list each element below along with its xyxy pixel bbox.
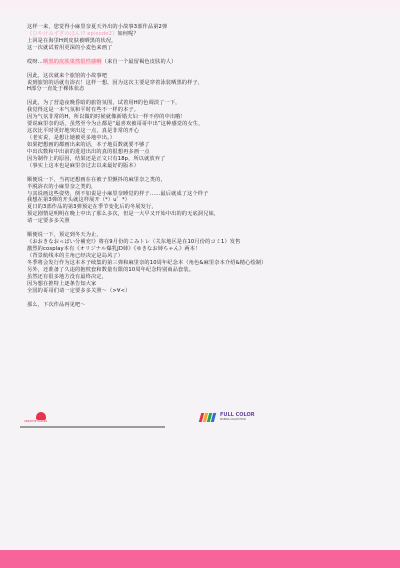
- divider: [20, 426, 165, 428]
- text-line: 哎呀…晒黑的皮肤果然很性感啊（来自一个最留褐色皮肤的人）: [27, 59, 372, 66]
- text-line: 因为想在推特上逐条告知大家: [27, 281, 372, 288]
- text-line: 预定剧情是明明在晚上中出了那么多次，但是一大早又开始中出的的无底洞兄妹，: [27, 211, 372, 218]
- line-text: 中出次数和中出前的进进出出的真的很想再多画一点: [27, 149, 150, 155]
- line-text: 哎呀…: [27, 59, 43, 65]
- line-text: （老实说，是想让她被更多地中出。）: [27, 135, 115, 141]
- line-text: 因此，为了营造夜晚昏暗的旅馆氛围，试着用H的色调淡了一下，: [27, 100, 181, 106]
- blank-line: [27, 52, 372, 59]
- line-text: （背景航线本的主角已经决定是岛风了）: [27, 253, 123, 259]
- line-text: 虽然还有很多地方没有最终决定，: [27, 274, 107, 280]
- text-line: 上回是在海里H到皮肤被晒黑的状况，: [27, 38, 372, 45]
- line-text: 这一次就试着用更深的小麦色来画了: [27, 45, 112, 51]
- text-line: 全国的哥哥们请一定要多多关照～（>∀<）: [27, 288, 372, 295]
- circle-logo-text: CREATIVE WORKS: [24, 420, 47, 423]
- line-text: 因此，这次就来个旅馆的小故事吧: [27, 73, 107, 79]
- text-line: 这一次就试着用更深的小麦色来画了: [27, 45, 372, 52]
- stripe-icon: [211, 413, 216, 422]
- line-text: 半脱浴衣的小麻里奈之类的，: [27, 184, 96, 190]
- circle-logo: CREATIVE WORKS: [24, 412, 60, 424]
- blank-line: [27, 295, 372, 302]
- line-text: 顺便说一下，预定到冬天为止，: [27, 232, 102, 238]
- text-line: 《ひやけみずぎのほん!? episode2》如何呢？: [27, 31, 372, 38]
- line-text: （事实上这本也是麻里奈过去以来最好的版本）: [27, 163, 139, 169]
- line-text: 《おおきなおっぱい分補充!》将在9月份的こみトレ（关东地区是在10月份的コミ1）…: [27, 239, 241, 245]
- top-tint: [0, 0, 400, 18]
- text-line: 激烈的cosplay本有《オリジナル爆乳JD姉》《ゆきなお姉ちゃん》两本！: [27, 246, 372, 253]
- text-line: 虽然还有很多地方没有最终决定，: [27, 274, 372, 281]
- full-color-logo: FULL COLOR MARINA COLLECTION: [200, 412, 280, 424]
- line-text: 这样一来，您觉得小麻里奈夏天外出的小故事3部作品第2弹: [27, 24, 167, 30]
- text-line: （背景航线本的主角已经决定是岛风了）: [27, 253, 372, 260]
- blank-line: [27, 170, 372, 177]
- text-line: 冬季将会发行作为这本本子续集的第三弹和麻里奈的10周年纪念本（角色&麻里奈本介绍…: [27, 260, 372, 267]
- line-text: 冬季将会发行作为这本本子续集的第三弹和麻里奈的10周年纪念本（角色&麻里奈本介绍…: [27, 260, 266, 266]
- text-line: （事实上这本也是麻里奈过去以来最好的版本）: [27, 163, 372, 170]
- text-line: 如果把想画的都画出来的话，本子地页数就要不够了: [27, 142, 372, 149]
- title-reference: 《ひやけみずぎのほん!? episode2》: [27, 31, 117, 37]
- line-text: 预定剧情是明明在晚上中出了那么多次，但是一大早又开始中出的的无底洞兄妹，: [27, 211, 219, 217]
- text-line: 中出次数和中出前的进进出出的真的很想再多画一点: [27, 149, 372, 156]
- text-line: 半脱浴衣的小麻里奈之类的，: [27, 184, 372, 191]
- text-line: 顺便说一下，当初还想画在在被子里颤抖的麻里奈之类的，: [27, 177, 372, 184]
- line-text: 我觉得这是一本气氛和平时有些不一样的本子。: [27, 107, 139, 113]
- line-text: 上回是在海里H到皮肤被晒黑的状况，: [27, 38, 116, 44]
- bottom-pink-band: [0, 550, 400, 568]
- text-line: H部分一直处于裸体状态: [27, 86, 372, 93]
- text-line: 因此，这次就来个旅馆的小故事吧: [27, 73, 372, 80]
- line-text: 全国的哥哥们请一定要多多关照～（>∀<）: [27, 288, 130, 294]
- heart-icon: [36, 412, 46, 420]
- line-text: 因为制作上的原因，结果还是正文只有18p，所以就放弃了: [27, 156, 165, 162]
- text-line: 这次比平时更好地突出这一点，真是非常的开心: [27, 128, 372, 135]
- line-suffix: 如何呢？: [117, 31, 138, 37]
- text-line: 请一定要多多关照: [27, 218, 372, 225]
- line-text: 夏日的3部作品的第3弹预定在季节变化后的冬展发行，: [27, 204, 157, 210]
- line-text: 激烈的cosplay本有《オリジナル爆乳JD姉》《ゆきなお姉ちゃん》两本！: [27, 246, 200, 252]
- line-text: 说到旅馆的话就有浴衣！这样一想，因为这次主要是穿着泳装晒黑的样子，: [27, 80, 203, 86]
- line-text: 这次比平时更好地突出这一点，真是非常的开心: [27, 128, 139, 134]
- line-text: 我想在第3弹的开头就这样展开（*）u゜*）: [27, 197, 130, 203]
- text-line: 另外，还准备了久违的抱枕套和数量有限的10周年纪念特别商品套装。: [27, 267, 372, 274]
- afterword-text: 这样一来，您觉得小麻里奈夏天外出的小故事3部作品第2弹《ひやけみずぎのほん!? …: [27, 24, 372, 308]
- line-text: 请一定要多多关照: [27, 218, 70, 224]
- line-text: 要说麻里奈的话，虽然至今为止都是“最喜欢被哥哥中出”这种感觉的女生，: [27, 121, 203, 127]
- line-text: 顺便说一下，当初还想画在在被子里颤抖的麻里奈之类的，: [27, 177, 166, 183]
- blank-line: [27, 66, 372, 73]
- line-text: 如果把想画的都画出来的话，本子地页数就要不够了: [27, 142, 150, 148]
- line-suffix: （来自一个最留褐色皮肤的人）: [102, 59, 177, 65]
- line-text: 与其说画这些姿势，倒不如说是小麻里奈睡觉的样子……最后就成了这个样子: [27, 191, 208, 197]
- text-line: （老实说，是想让她被更多地中出。）: [27, 135, 372, 142]
- brand-subtext: MARINA COLLECTION: [220, 418, 245, 421]
- text-line: 因为制作上的原因，结果还是正文只有18p，所以就放弃了: [27, 156, 372, 163]
- line-text: 因为气氛非常的H，所以做的时候就像新婚夫妇一样不停的中出哦！: [27, 114, 186, 120]
- text-line: 那么，下次作品再见吧～: [27, 302, 372, 309]
- line-text: H部分一直处于裸体状态: [27, 86, 84, 92]
- footer-logos: CREATIVE WORKS FULL COLOR MARINA COLLECT…: [20, 412, 320, 432]
- line-text: 因为想在推特上逐条告知大家: [27, 281, 96, 287]
- highlighted-phrase: 晒黑的皮肤果然很性感啊: [43, 59, 102, 65]
- line-text: 那么，下次作品再见吧～: [27, 302, 86, 308]
- text-line: 《おおきなおっぱい分補充!》将在9月份的こみトレ（关东地区是在10月份的コミ1）…: [27, 239, 372, 246]
- line-text: 另外，还准备了久违的抱枕套和数量有限的10周年纪念特别商品套装。: [27, 267, 194, 273]
- text-line: 这样一来，您觉得小麻里奈夏天外出的小故事3部作品第2弹: [27, 24, 372, 31]
